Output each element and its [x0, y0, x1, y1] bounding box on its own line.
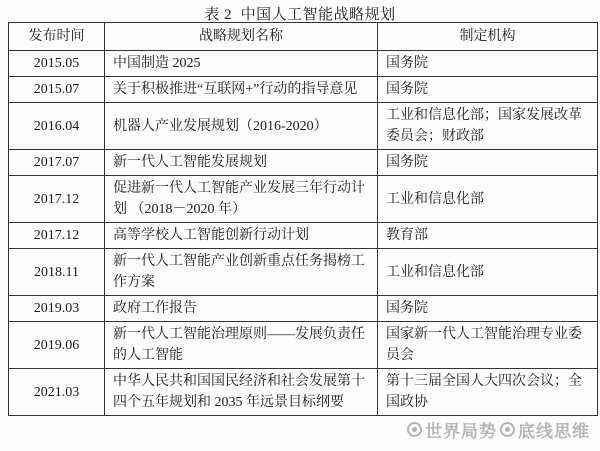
watermark-logo-icon: [407, 422, 422, 437]
cell-plan-name: 新一代人工智能治理原则——发展负责任的人工智能: [105, 322, 378, 369]
table-row: 2017.07 新一代人工智能发展规划 国务院: [9, 150, 598, 176]
cell-issuing-org: 工业和信息化部；国家发展改革委员会；财政部: [378, 103, 598, 150]
table-row: 2015.05 中国制造 2025 国务院: [9, 51, 598, 77]
cell-release-date: 2015.07: [9, 77, 105, 103]
cell-plan-name: 高等学校人工智能创新行动计划: [105, 223, 378, 249]
cell-issuing-org: 国务院: [378, 77, 598, 103]
cell-release-date: 2021.03: [9, 369, 105, 416]
cell-plan-name: 关于积极推进“互联网+”行动的指导意见: [105, 77, 378, 103]
table-row: 2021.03 中华人民共和国国民经济和社会发展第十四个五年规划和 2035 年…: [9, 369, 598, 416]
cell-release-date: 2016.04: [9, 103, 105, 150]
cell-plan-name: 新一代人工智能发展规划: [105, 150, 378, 176]
header-row: 发布时间 战略规划名称 制定机构: [9, 23, 598, 51]
header-release-date: 发布时间: [9, 23, 105, 51]
table-row: 2019.06 新一代人工智能治理原则——发展负责任的人工智能 国家新一代人工智…: [9, 322, 598, 369]
cell-plan-name: 机器人产业发展规划（2016-2020）: [105, 103, 378, 150]
cell-plan-name: 新一代人工智能产业创新重点任务揭榜工作方案: [105, 249, 378, 296]
ai-strategy-table: 发布时间 战略规划名称 制定机构 2015.05 中国制造 2025 国务院 2…: [8, 22, 598, 416]
table-row: 2018.11 新一代人工智能产业创新重点任务揭榜工作方案 工业和信息化部: [9, 249, 598, 296]
cell-release-date: 2019.06: [9, 322, 105, 369]
cell-plan-name: 政府工作报告: [105, 296, 378, 322]
cell-release-date: 2018.11: [9, 249, 105, 296]
table-row: 2017.12 促进新一代人工智能产业发展三年行动计划 （2018－2020 年…: [9, 176, 598, 223]
watermark-logo-icon: [500, 422, 515, 437]
cell-release-date: 2017.12: [9, 176, 105, 223]
cell-issuing-org: 国务院: [378, 150, 598, 176]
table-body: 2015.05 中国制造 2025 国务院 2015.07 关于积极推进“互联网…: [9, 51, 598, 416]
cell-issuing-org: 国务院: [378, 51, 598, 77]
cell-issuing-org: 第十三届全国人大四次会议；全国政协: [378, 369, 598, 416]
table-row: 2016.04 机器人产业发展规划（2016-2020） 工业和信息化部；国家发…: [9, 103, 598, 150]
header-issuing-org: 制定机构: [378, 23, 598, 51]
header-plan-name: 战略规划名称: [105, 23, 378, 51]
table-caption: 表 2 中国人工智能战略规划: [0, 0, 600, 24]
cell-release-date: 2017.07: [9, 150, 105, 176]
cell-issuing-org: 国务院: [378, 296, 598, 322]
cell-plan-name: 中华人民共和国国民经济和社会发展第十四个五年规划和 2035 年远景目标纲要: [105, 369, 378, 416]
watermark-text-bottom-line: 底线思维: [518, 417, 590, 442]
cell-issuing-org: 工业和信息化部: [378, 176, 598, 223]
cell-issuing-org: 教育部: [378, 223, 598, 249]
table-row: 2015.07 关于积极推进“互联网+”行动的指导意见 国务院: [9, 77, 598, 103]
table-row: 2017.12 高等学校人工智能创新行动计划 教育部: [9, 223, 598, 249]
cell-plan-name: 中国制造 2025: [105, 51, 378, 77]
cell-issuing-org: 工业和信息化部: [378, 249, 598, 296]
cell-plan-name: 促进新一代人工智能产业发展三年行动计划 （2018－2020 年）: [105, 176, 378, 223]
cell-release-date: 2019.03: [9, 296, 105, 322]
document-page: 表 2 中国人工智能战略规划 发布时间 战略规划名称 制定机构 2015.05 …: [0, 0, 600, 451]
cell-release-date: 2015.05: [9, 51, 105, 77]
cell-issuing-org: 国家新一代人工智能治理专业委员会: [378, 322, 598, 369]
watermark-text-world-situation: 世界局势: [425, 417, 497, 442]
table-row: 2019.03 政府工作报告 国务院: [9, 296, 598, 322]
watermark: 世界局势 底线思维: [407, 417, 590, 442]
cell-release-date: 2017.12: [9, 223, 105, 249]
